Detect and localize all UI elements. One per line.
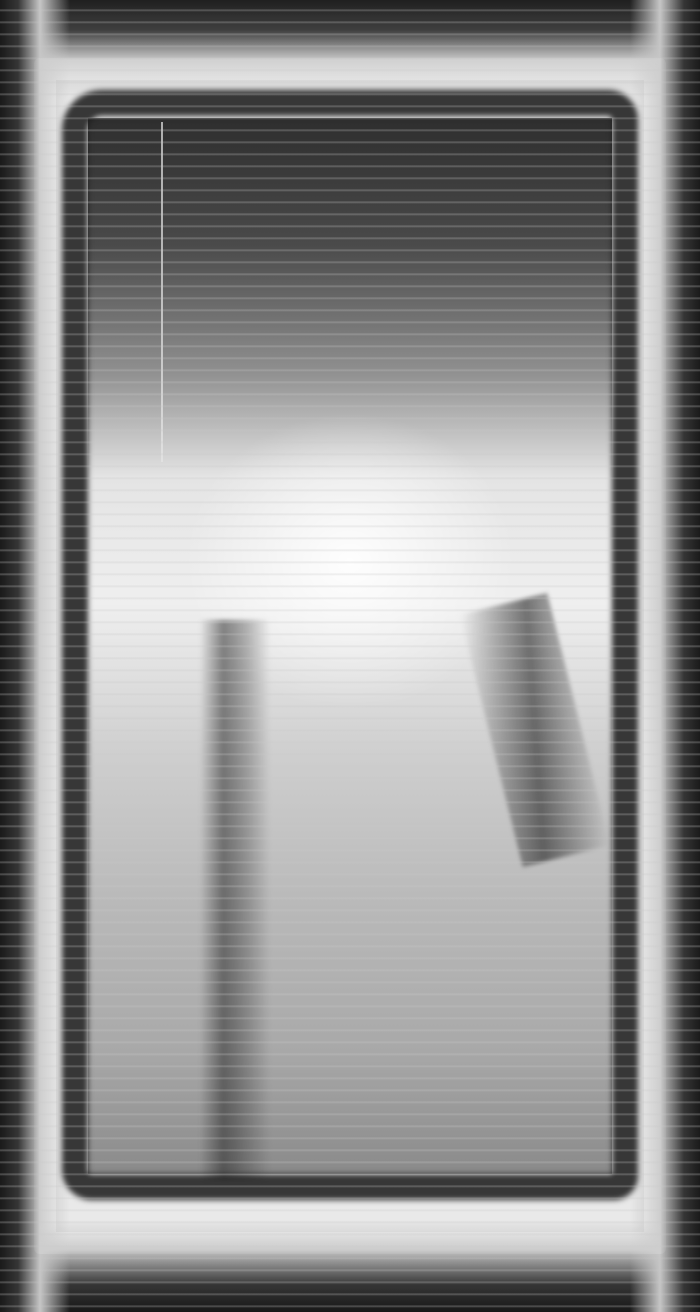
- rug-image: [0, 0, 700, 1312]
- rug-noise-texture: [0, 0, 700, 1312]
